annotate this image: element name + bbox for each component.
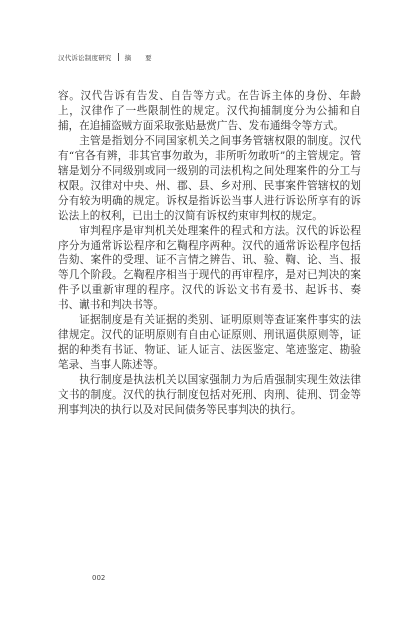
paragraph-execution: 执行制度是执法机关以国家强制力为后盾强制实现生效法律文书的制度。汉代的执行制度包…	[58, 373, 361, 418]
section-title: 摘 要	[125, 54, 158, 62]
page-number: 002	[92, 574, 105, 582]
paragraph-continuation: 容。汉代告诉有告发、自告等方式。在告诉主体的身份、年龄上，汉律作了一些限制性的规…	[58, 89, 361, 134]
book-title: 汉代诉讼制度研究	[58, 54, 112, 62]
header-divider	[118, 53, 119, 61]
paragraph-evidence: 证据制度是有关证据的类别、证明原则等查证案件事实的法律规定。汉代的证明原则有自由…	[58, 313, 361, 373]
paragraph-jurisdiction: 主管是指划分不同国家机关之间事务管辖权限的制度。汉代有“官各有辨，非其官事勿敢为…	[58, 134, 361, 224]
body-text: 容。汉代告诉有告发、自告等方式。在告诉主体的身份、年龄上，汉律作了一些限制性的规…	[58, 89, 361, 418]
running-head: 汉代诉讼制度研究摘 要	[58, 53, 158, 62]
paragraph-trial-procedure: 审判程序是审判机关处理案件的程式和方法。汉代的诉讼程序分为通常诉讼程序和乞鞫程序…	[58, 224, 361, 314]
